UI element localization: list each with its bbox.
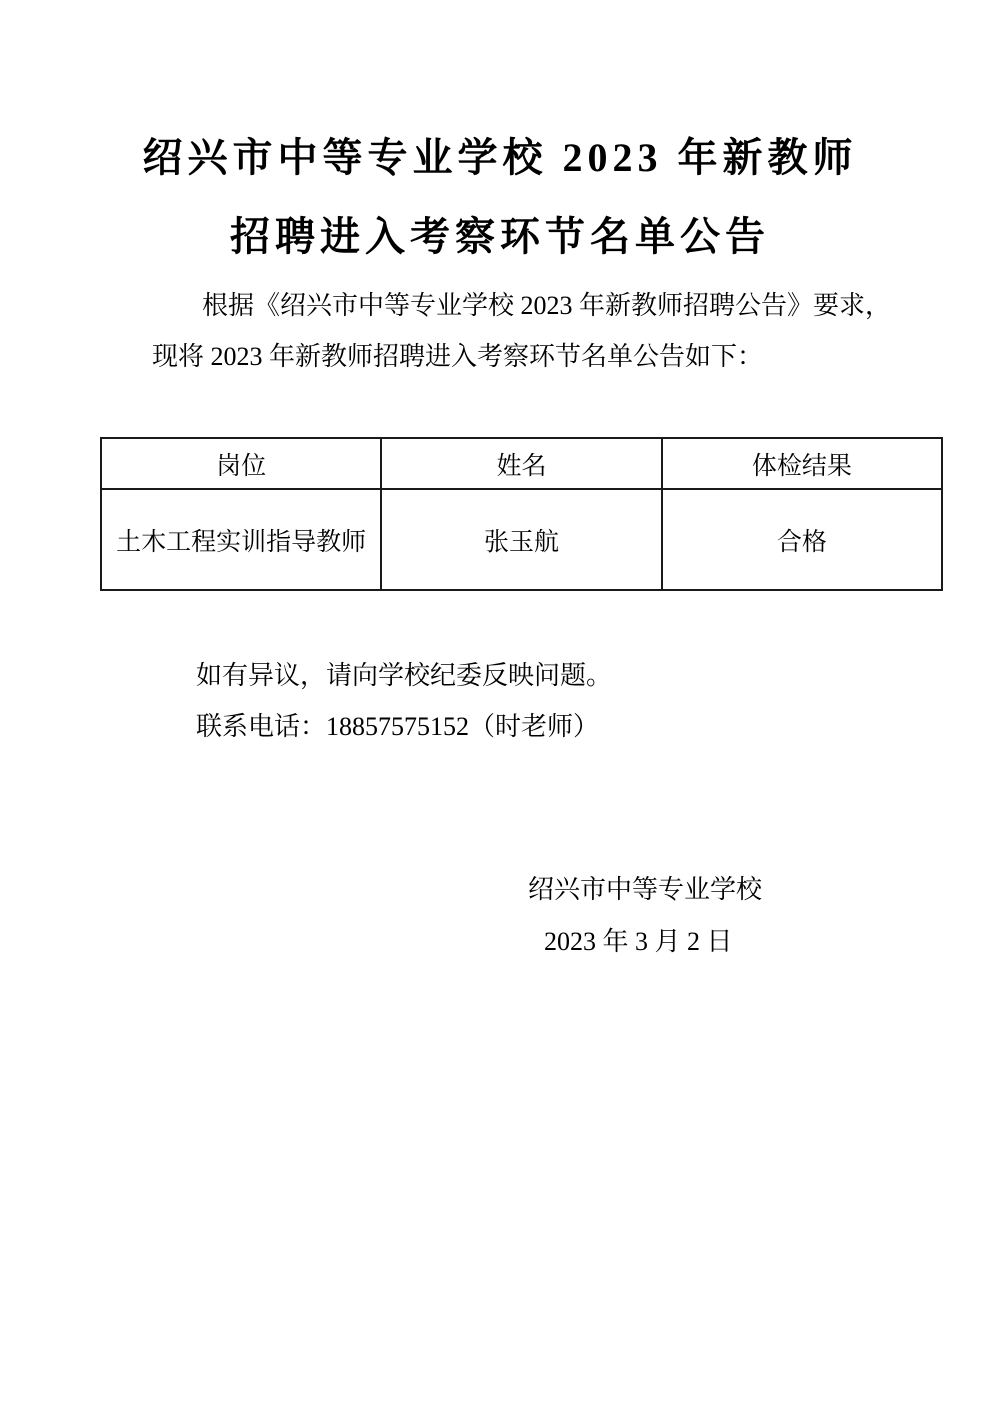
objection-note-line: 如有异议，请向学校纪委反映问题。 (152, 650, 612, 701)
intro-paragraph: 根据《绍兴市中等专业学校 2023 年新教师招聘公告》要求， 现将 2023 年… (152, 280, 912, 382)
column-header-exam-result: 体检结果 (662, 438, 942, 489)
document-title-line-1: 绍兴市中等专业学校 2023 年新教师 (0, 118, 1000, 197)
column-header-name: 姓名 (381, 438, 661, 489)
contact-phone-line: 联系电话：18857575152（时老师） (152, 701, 612, 752)
roster-table-body: 土木工程实训指导教师 张玉航 合格 (101, 489, 942, 590)
cell-position: 土木工程实训指导教师 (101, 489, 381, 590)
intro-line-1: 根据《绍兴市中等专业学校 2023 年新教师招聘公告》要求， (152, 280, 912, 331)
intro-line-2: 现将 2023 年新教师招聘进入考察环节名单公告如下： (152, 331, 912, 382)
roster-table: 岗位 姓名 体检结果 土木工程实训指导教师 张玉航 合格 (100, 437, 943, 591)
notes-paragraph: 如有异议，请向学校纪委反映问题。 联系电话：18857575152（时老师） (152, 650, 612, 752)
cell-name: 张玉航 (381, 489, 661, 590)
document-title-line-2: 招聘进入考察环节名单公告 (0, 197, 1000, 276)
table-header-row: 岗位 姓名 体检结果 (101, 438, 942, 489)
announcement-document: 绍兴市中等专业学校 2023 年新教师 招聘进入考察环节名单公告 根据《绍兴市中… (0, 0, 1000, 1415)
roster-table-container: 岗位 姓名 体检结果 土木工程实训指导教师 张玉航 合格 (100, 437, 943, 591)
roster-table-header: 岗位 姓名 体检结果 (101, 438, 942, 489)
table-row: 土木工程实训指导教师 张玉航 合格 (101, 489, 942, 590)
signature-date: 2023 年 3 月 2 日 (544, 921, 733, 958)
document-title: 绍兴市中等专业学校 2023 年新教师 招聘进入考察环节名单公告 (0, 118, 1000, 276)
cell-exam-result: 合格 (662, 489, 942, 590)
column-header-position: 岗位 (101, 438, 381, 489)
signature-organization: 绍兴市中等专业学校 (528, 869, 762, 906)
